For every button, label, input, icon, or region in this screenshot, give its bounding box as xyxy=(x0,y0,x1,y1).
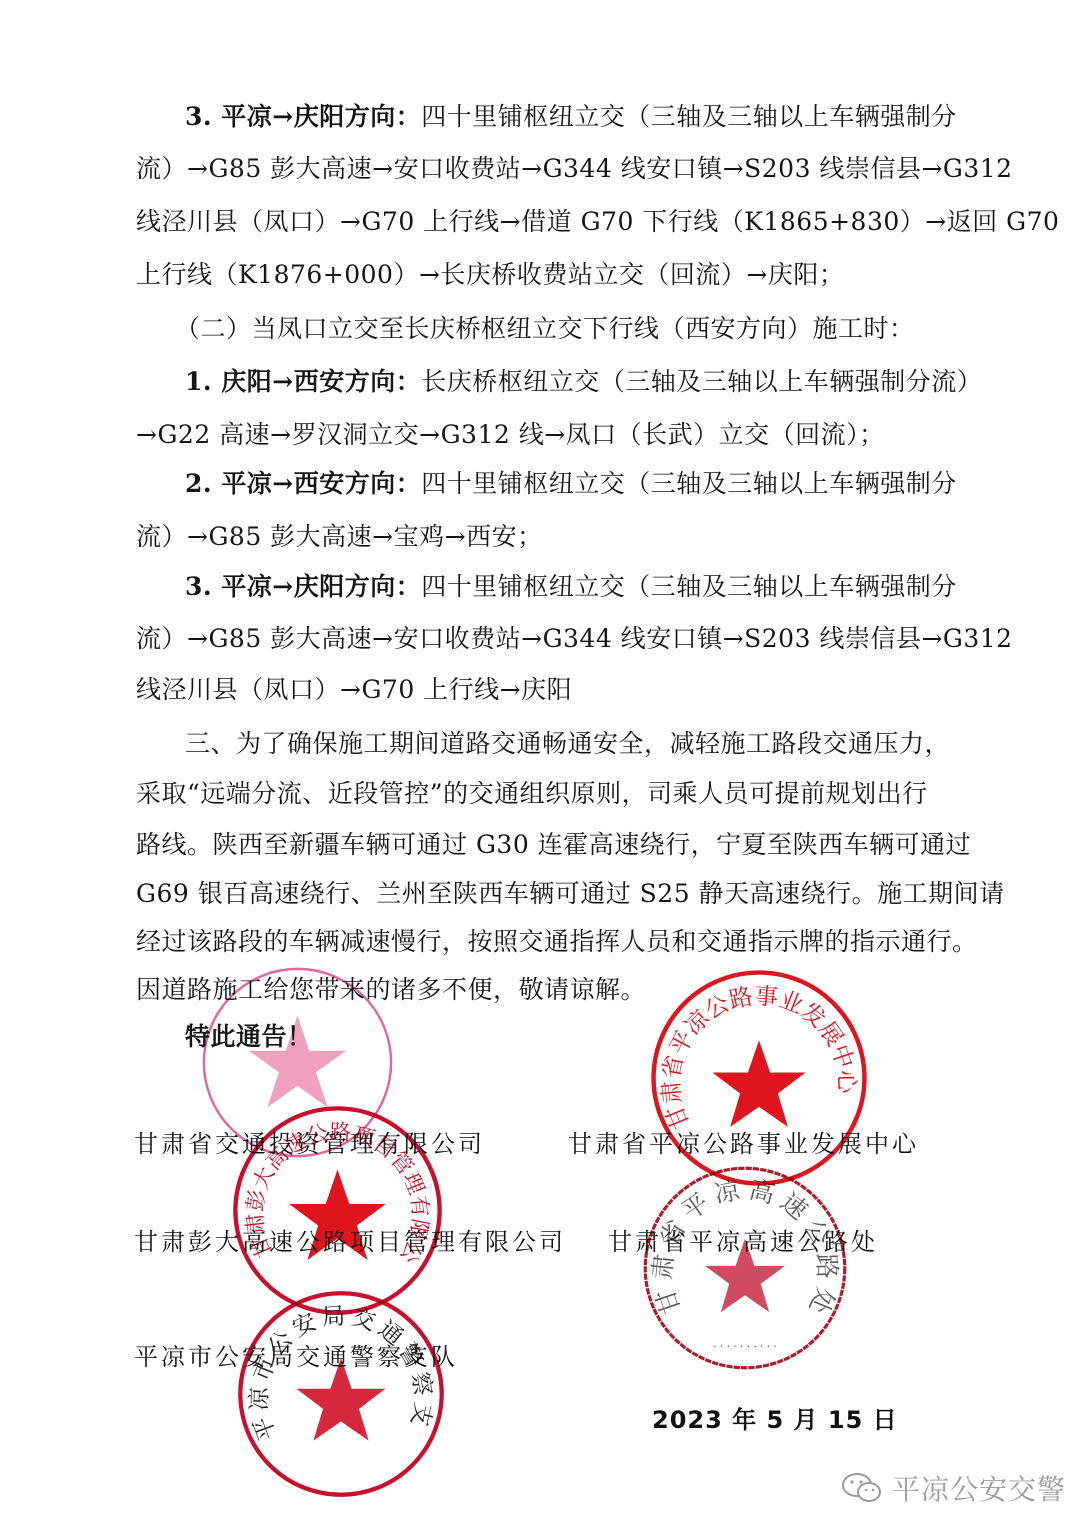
text-line: 因道路施工给您带来的诸多不便，敬请谅解。 xyxy=(136,973,946,1007)
route-text: 四十里铺枢纽立交（三轴及三轴以上车辆强制分 xyxy=(421,469,957,498)
wechat-icon xyxy=(840,1471,884,1505)
signatory-transport-investment: 甘肃省交通投资管理有限公司 xyxy=(134,1124,485,1159)
route-text: 四十里铺枢纽立交（三轴及三轴以上车辆强制分 xyxy=(421,102,957,131)
route-text: 四十里铺枢纽立交（三轴及三轴以上车辆强制分 xyxy=(421,572,957,601)
text-line: 流）→G85 彭大高速→安口收费站→G344 线安口镇→S203 线崇信县→G3… xyxy=(136,622,946,656)
text-line: 三、为了确保施工期间道路交通畅通安全，减轻施工路段交通压力， xyxy=(185,727,945,761)
route-label: 3. 平凉→庆阳方向： xyxy=(185,572,421,601)
text-line: 3. 平凉→庆阳方向：四十里铺枢纽立交（三轴及三轴以上车辆强制分 xyxy=(185,100,945,134)
text-line: 线泾川县（凤口）→G70 上行线→借道 G70 下行线（K1865+830）→返… xyxy=(136,205,946,239)
route-label: 2. 平凉→西安方向： xyxy=(185,469,421,498)
text-line: G69 银百高速绕行、兰州至陕西车辆可通过 S25 静天高速绕行。施工期间请 xyxy=(136,877,946,911)
expressway-stamp: 甘肃省平凉高速公路处 · · · · · · · · · · xyxy=(640,1163,850,1373)
text-line: 流）→G85 彭大高速→宝鸡→西安； xyxy=(136,520,946,554)
signatory-expressway-office: 甘肃省平凉高速公路处 xyxy=(608,1222,878,1257)
route-label: 3. 平凉→庆阳方向： xyxy=(185,102,421,131)
text-line: 上行线（K1876+000）→长庆桥收费站立交（回流）→庆阳； xyxy=(136,258,946,292)
text-line: 流）→G85 彭大高速→安口收费站→G344 线安口镇→S203 线崇信县→G3… xyxy=(136,152,946,186)
text-line: 2. 平凉→西安方向：四十里铺枢纽立交（三轴及三轴以上车辆强制分 xyxy=(185,467,945,501)
text-line: 线泾川县（凤口）→G70 上行线→庆阳 xyxy=(136,673,946,707)
text-line: 路线。陕西至新疆车辆可通过 G30 连霍高速绕行，宁夏至陕西车辆可通过 xyxy=(136,828,946,862)
police-stamp: 平凉市公安局交通警察支队 xyxy=(235,1288,447,1500)
watermark-text: 平凉公安交警 xyxy=(892,1468,1066,1508)
signatory-road-development-center: 甘肃省平凉公路事业发展中心 xyxy=(568,1124,919,1159)
document-date: 2023 年 5 月 15 日 xyxy=(652,1400,898,1435)
watermark: 平凉公安交警 xyxy=(840,1470,1066,1506)
closing-notice: 特此通告！ xyxy=(185,1020,945,1054)
text-line: 3. 平凉→庆阳方向：四十里铺枢纽立交（三轴及三轴以上车辆强制分 xyxy=(185,570,945,604)
text-line: 1. 庆阳→西安方向：长庆桥枢纽立交（三轴及三轴以上车辆强制分流） xyxy=(185,365,945,399)
text-line: 采取“远端分流、近段管控”的交通组织原则，司乘人员可提前规划出行 xyxy=(136,777,946,811)
text-line: →G22 高速→罗汉洞立交→G312 线→凤口（长武）立交（回流）； xyxy=(136,418,946,452)
text-line: 经过该路段的车辆减速慢行，按照交通指挥人员和交通指示牌的指示通行。 xyxy=(136,925,946,959)
document-page: 3. 平凉→庆阳方向：四十里铺枢纽立交（三轴及三轴以上车辆强制分 流）→G85 … xyxy=(0,0,1080,1540)
signatory-pengda-expressway: 甘肃彭大高速公路项目管理有限公司 xyxy=(134,1222,566,1257)
signatory-traffic-police: 平凉市公安局交通警察支队 xyxy=(134,1337,458,1372)
route-label: 1. 庆阳→西安方向： xyxy=(185,367,421,396)
section-heading: （二）当凤口立交至长庆桥枢纽立交下行线（西安方向）施工时： xyxy=(175,312,985,346)
route-text: 长庆桥枢纽立交（三轴及三轴以上车辆强制分流） xyxy=(421,367,982,396)
svg-text:· · · · · · · · · ·: · · · · · · · · · · xyxy=(713,1341,776,1353)
